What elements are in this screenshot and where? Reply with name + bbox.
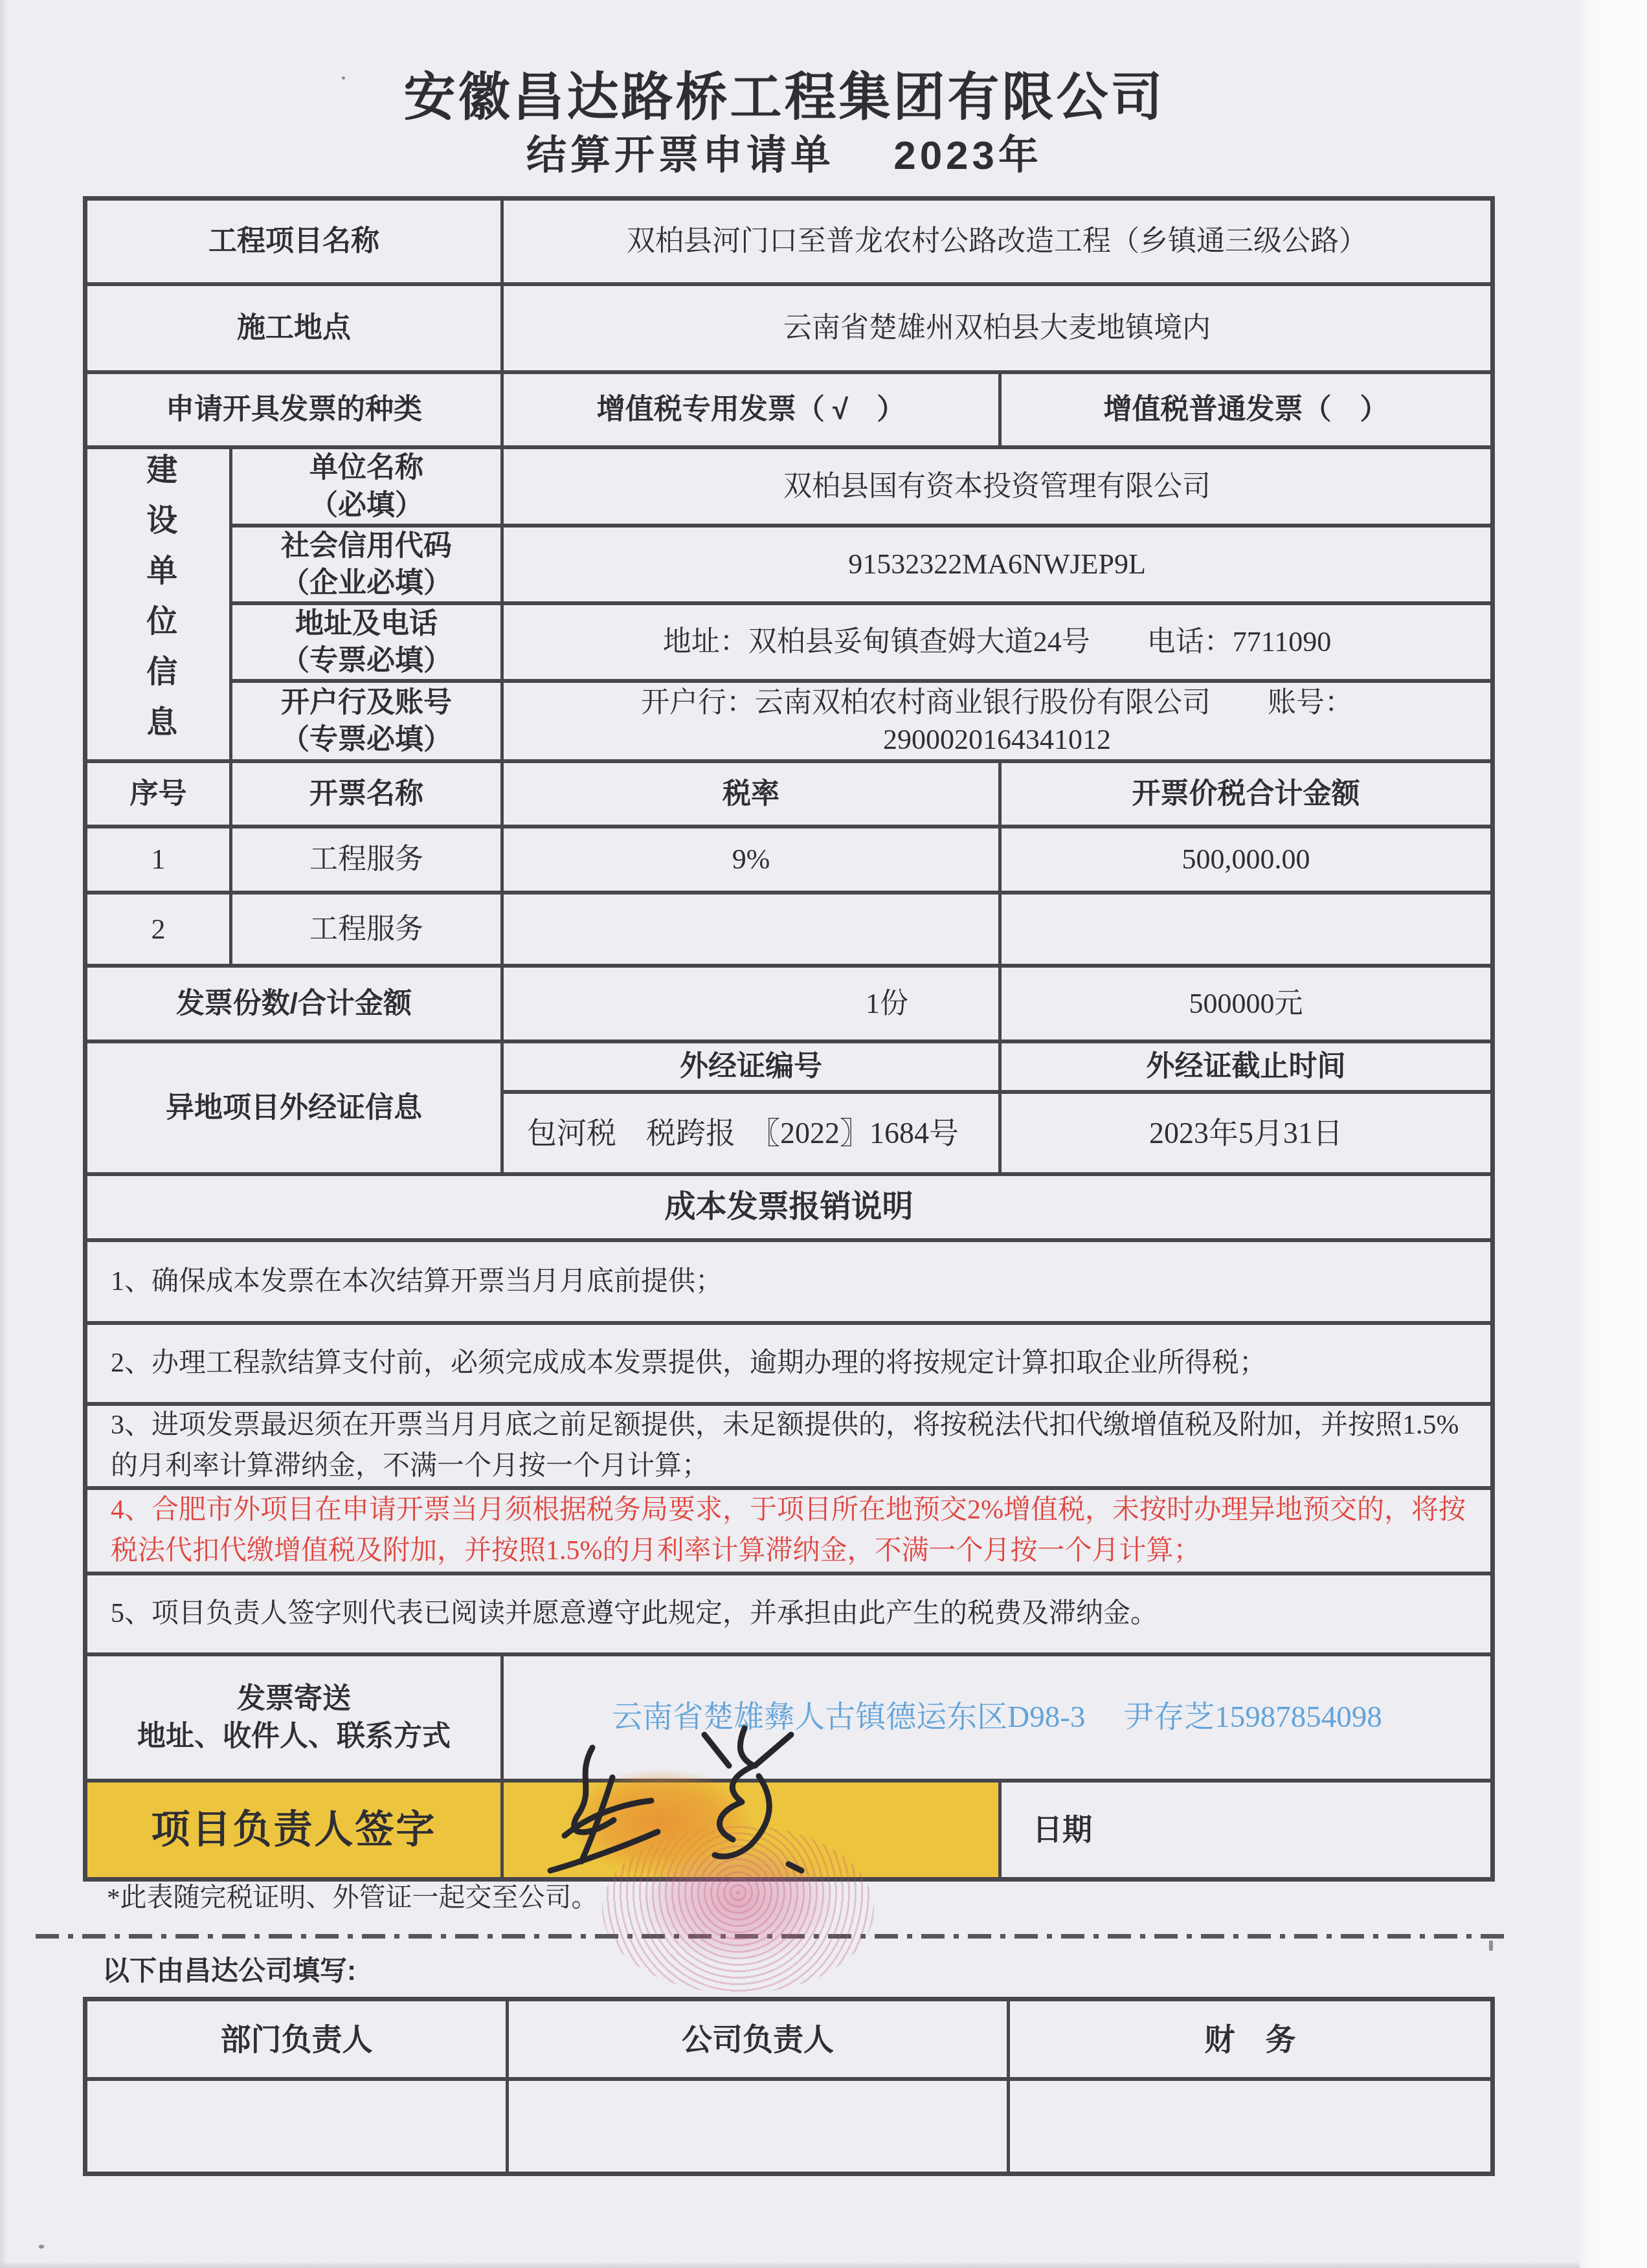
invoice-type-label: 申请开具发票的种类 (87, 374, 504, 449)
project-name-label: 工程项目名称 (87, 201, 504, 286)
item-row-seq: 2 (87, 895, 232, 968)
permit-label: 异地项目外经证信息 (87, 1043, 504, 1176)
project-name-value: 双柏县河门口至普龙农村公路改造工程（乡镇通三级公路） (504, 201, 1490, 286)
approval-cell-finance (1010, 2081, 1490, 2172)
scan-left-edge-shadow (0, 0, 8, 2268)
summary-count: 1份 (504, 968, 1002, 1043)
invoice-type-general: 增值税普通发票（ ） (1002, 374, 1490, 449)
mailing-label-line2: 地址、收件人、联系方式 (137, 1718, 451, 1755)
cut-dashed-line (36, 1934, 1510, 1939)
note-item-1: 1、确保成本发票在本次结算开票当月月底前提供； (87, 1242, 1490, 1325)
invoice-type-special: 增值税专用发票（ √ ） (504, 374, 1002, 449)
credit-code-label-line2: （企业必填） (281, 564, 452, 601)
permit-end-header: 外经证截止时间 (1002, 1043, 1490, 1094)
location-label: 施工地点 (87, 286, 504, 374)
date-label: 日期 (1002, 1783, 1490, 1877)
approval-table: 部门负责人 公司负责人 财 务 (83, 1997, 1495, 2176)
builder-name-label-line1: 单位名称 (309, 449, 423, 486)
col-header-item-name: 开票名称 (232, 763, 504, 828)
after-sign-note: *此表随完税证明、外管证一起交至公司。 (107, 1876, 598, 1914)
summary-amount: 500000元 (1002, 968, 1490, 1043)
scan-speck (39, 2245, 44, 2249)
approval-header-department: 部门负责人 (87, 2001, 509, 2081)
bank-account-value: 开户行：云南双柏农村商业银行股份有限公司 账号： 290002016434101… (504, 683, 1490, 763)
approval-cell-department (87, 2081, 509, 2172)
bank-account-label-line2: （专票必填） (281, 721, 452, 758)
item-row-tax-rate: 9% (504, 828, 1002, 895)
permit-end-value: 2023年5月31日 (1002, 1094, 1490, 1176)
address-phone-label: 地址及电话 （专票必填） (232, 605, 504, 683)
summary-label: 发票份数/合计金额 (87, 968, 504, 1043)
company-title: 安徽昌达路桥工程集团有限公司 (83, 55, 1486, 129)
item-row-tax-rate (504, 895, 1002, 968)
mailing-label: 发票寄送 地址、收件人、联系方式 (87, 1656, 504, 1783)
bank-account-value-line1: 开户行：云南双柏农村商业银行股份有限公司 账号： (641, 684, 1353, 721)
approval-header-finance: 财 务 (1010, 2001, 1490, 2081)
notes-header: 成本发票报销说明 (87, 1176, 1490, 1242)
note-item-4-warning: 4、合肥市外项目在申请开票当月须根据税务局要求，于项目所在地预交2%增值税，未按… (87, 1490, 1490, 1575)
bank-account-value-line2: 2900020164341012 (883, 721, 1111, 758)
application-form-table: 工程项目名称 双柏县河门口至普龙农村公路改造工程（乡镇通三级公路） 施工地点 云… (83, 196, 1495, 1882)
address-phone-label-line2: （专票必填） (281, 642, 452, 679)
bank-account-label: 开户行及账号 （专票必填） (232, 683, 504, 763)
mailing-address-handwritten: 云南省楚雄彝人古镇德运东区D98-3 尹存芝15987854098 (504, 1656, 1490, 1783)
mailing-label-line1: 发票寄送 (237, 1680, 351, 1717)
scan-bottom-edge-shadow (0, 2262, 1580, 2268)
credit-code-label: 社会信用代码 （企业必填） (232, 528, 504, 605)
scan-speck (1489, 1940, 1493, 1951)
note-item-2: 2、办理工程款结算支付前，必须完成成本发票提供，逾期办理的将按规定计算扣取企业所… (87, 1325, 1490, 1406)
col-header-amount: 开票价税合计金额 (1002, 763, 1490, 828)
item-row-amount: 500,000.00 (1002, 828, 1490, 895)
signer-label: 项目负责人签字 (87, 1783, 504, 1877)
note-item-3: 3、进项发票最迟须在开票当月月底之前足额提供，未足额提供的，将按税法代扣代缴增值… (87, 1406, 1490, 1490)
item-row-name: 工程服务 (232, 828, 504, 895)
credit-code-label-line1: 社会信用代码 (281, 528, 452, 564)
signature-area (504, 1783, 1002, 1877)
company-fill-caption: 以下由昌达公司填写: (102, 1950, 356, 1988)
address-phone-label-line1: 地址及电话 (295, 605, 438, 642)
item-row-seq: 1 (87, 828, 232, 895)
note-item-5: 5、项目负责人签字则代表已阅读并愿意遵守此规定，并承担由此产生的税费及滞纳金。 (87, 1575, 1490, 1656)
bank-account-label-line1: 开户行及账号 (281, 684, 452, 721)
item-row-amount (1002, 895, 1490, 968)
item-row-name: 工程服务 (232, 895, 504, 968)
form-title: 结算开票申请单 2023年 (83, 123, 1486, 181)
permit-no-value: 包河税 税跨报 〖2022〗1684号 (504, 1094, 1002, 1176)
builder-info-side-label: 建设单位信息 (87, 449, 232, 763)
col-header-seq: 序号 (87, 763, 232, 828)
approval-cell-company (509, 2081, 1010, 2172)
scanner-right-margin (1576, 0, 1647, 2268)
address-phone-value: 地址：双柏县妥甸镇查姆大道24号 电话：7711090 (504, 605, 1490, 683)
permit-no-header: 外经证编号 (504, 1043, 1002, 1094)
approval-header-company: 公司负责人 (509, 2001, 1010, 2081)
location-value: 云南省楚雄州双柏县大麦地镇境内 (504, 286, 1490, 374)
builder-name-value: 双柏县国有资本投资管理有限公司 (504, 449, 1490, 528)
builder-name-label: 单位名称 （必填） (232, 449, 504, 528)
credit-code-value: 91532322MA6NWJEP9L (504, 528, 1490, 605)
builder-name-label-line2: （必填） (309, 487, 423, 524)
col-header-tax-rate: 税率 (504, 763, 1002, 828)
